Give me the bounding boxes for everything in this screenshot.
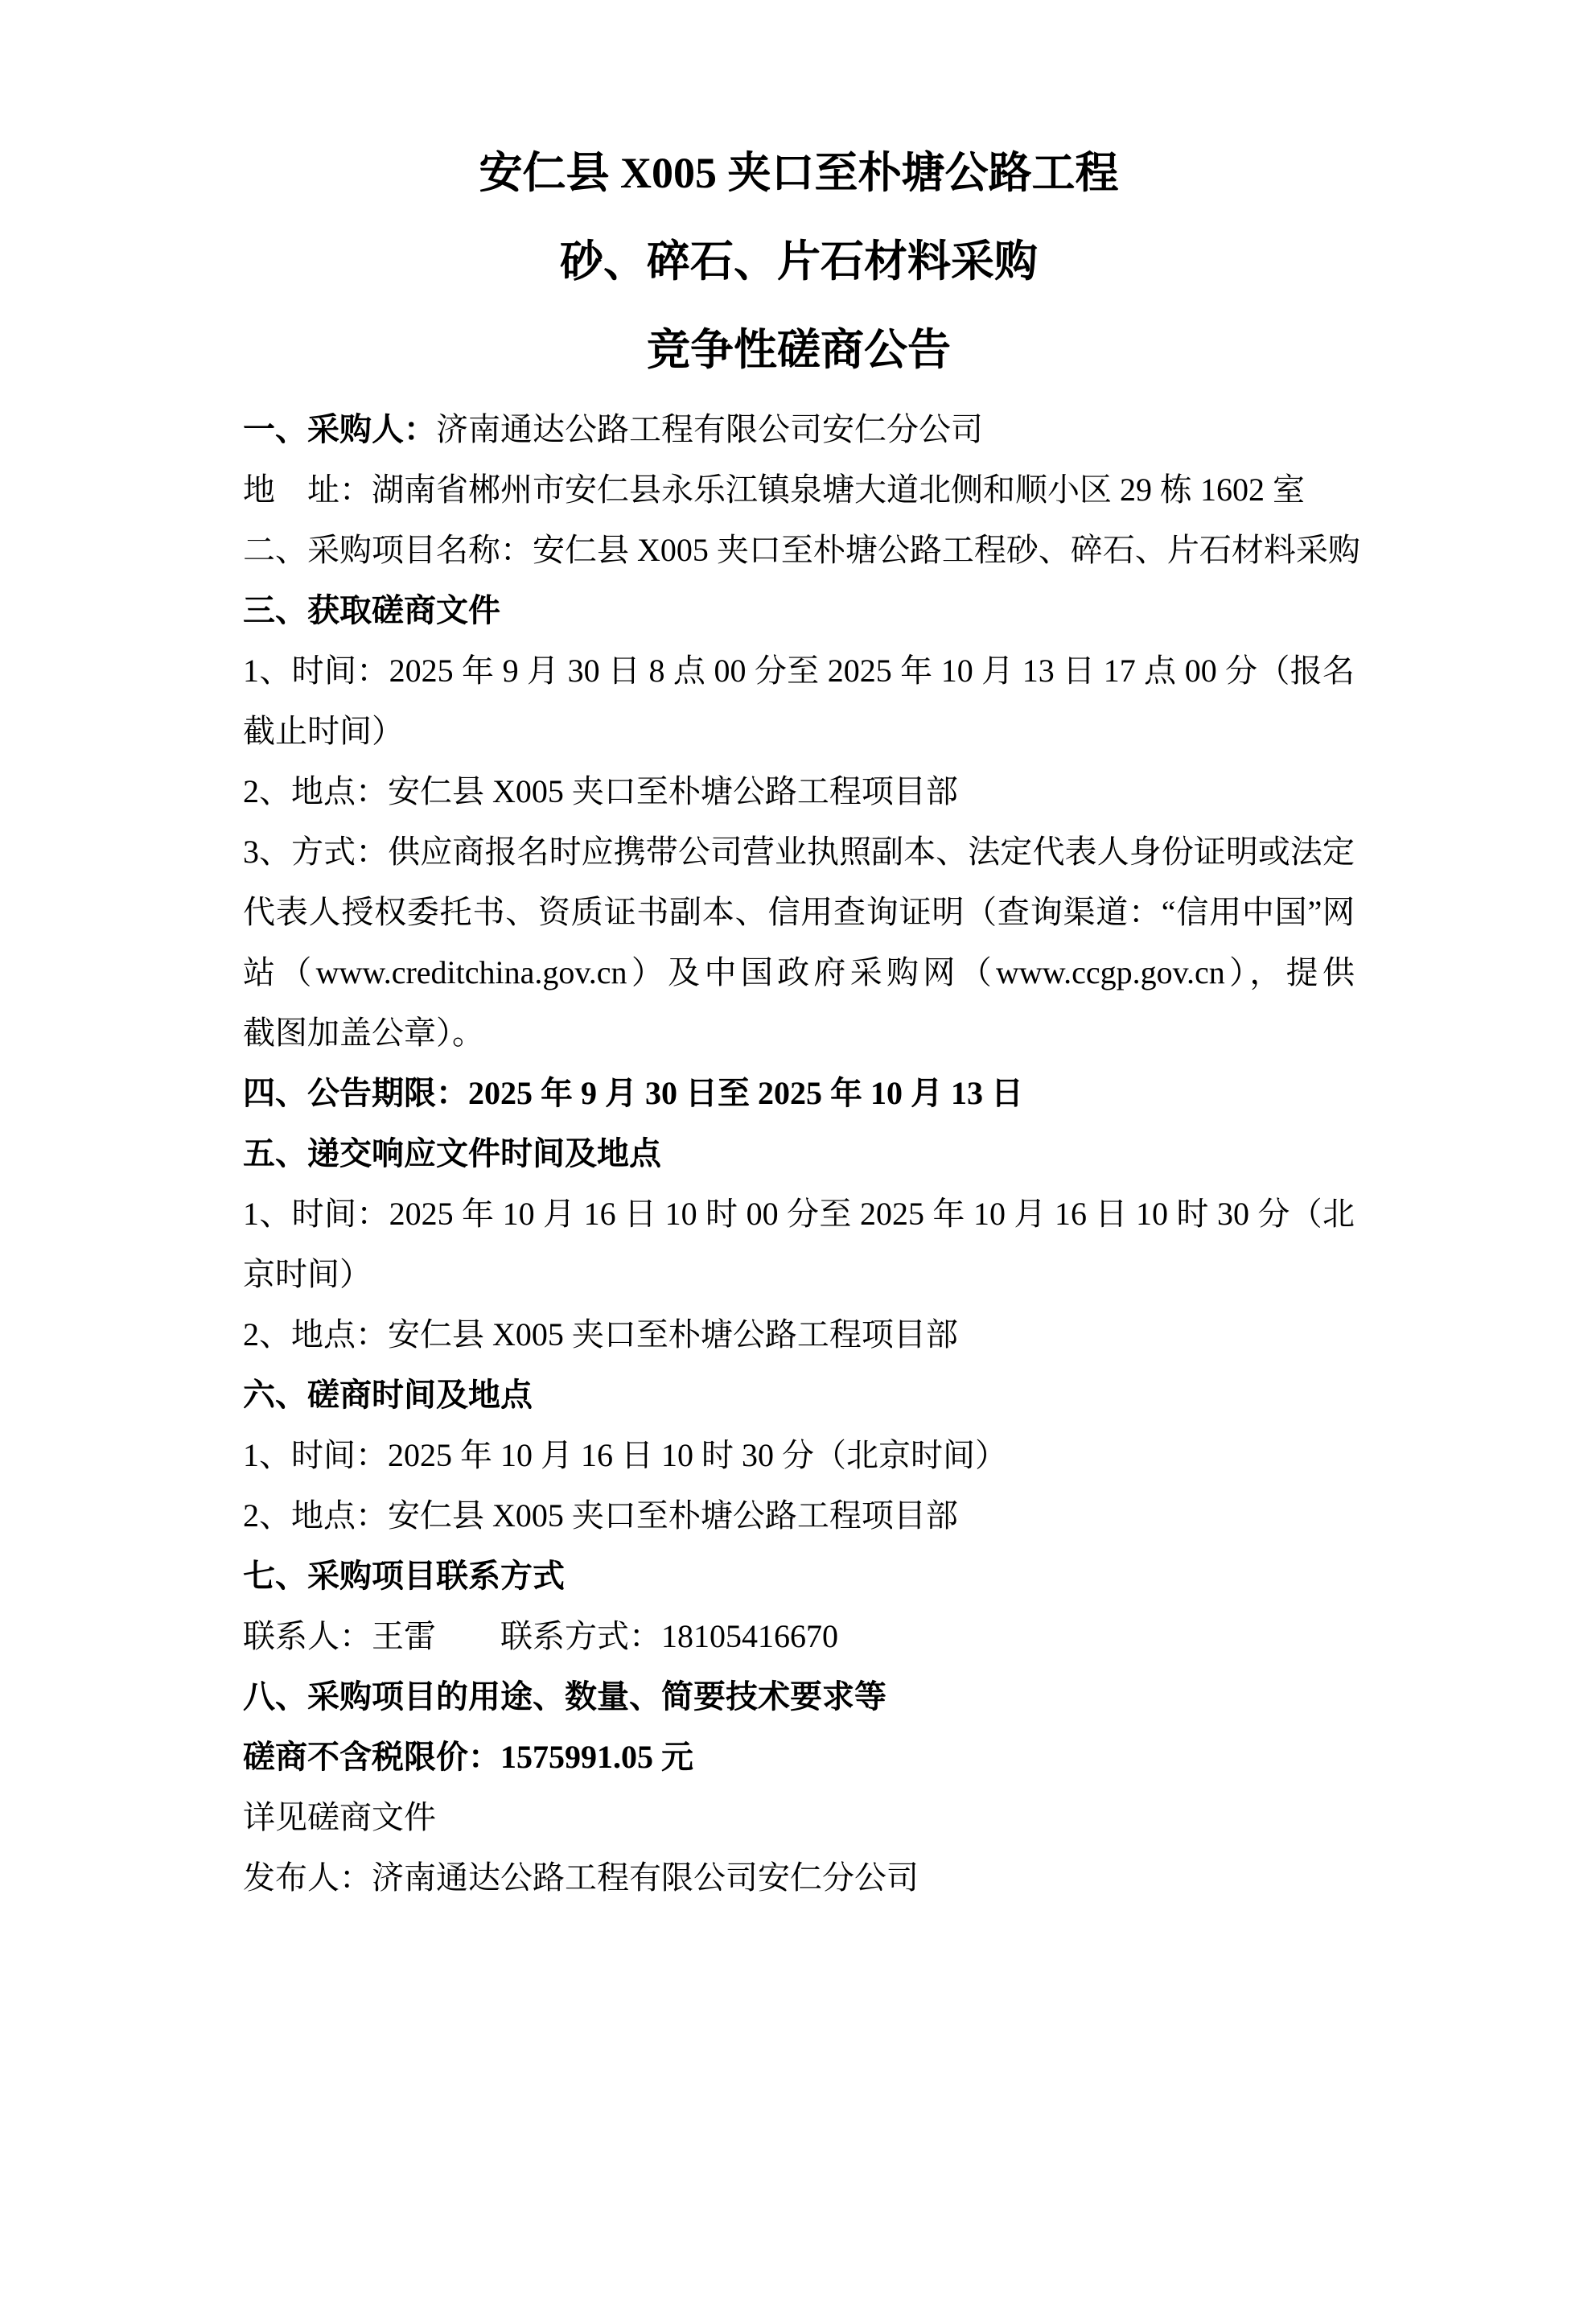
document-title: 安仁县 X005 夹口至朴塘公路工程 砂、碎石、片石材料采购 竞争性磋商公告 xyxy=(243,129,1355,394)
detail-note-line: 详见磋商文件 xyxy=(243,1787,1355,1847)
project-name-line: 二、采购项目名称：安仁县 X005 夹口至朴塘公路工程砂、碎石、片石材料采购 xyxy=(243,520,1355,580)
section3-method-line2: 代表人授权委托书、资质证书副本、信用查询证明（查询渠道：“信用中国”网 xyxy=(243,882,1355,942)
price-limit-line: 磋商不含税限价：1575991.05 元 xyxy=(243,1727,1355,1787)
section6-place-line: 2、地点：安仁县 X005 夹口至朴塘公路工程项目部 xyxy=(243,1485,1355,1546)
address-label: 地 址： xyxy=(243,471,372,508)
publisher-line: 发布人：济南通达公路工程有限公司安仁分公司 xyxy=(243,1847,1355,1908)
section5-time-line1: 1、时间：2025 年 10 月 16 日 10 时 00 分至 2025 年 … xyxy=(243,1184,1355,1244)
contact-label: 联系人： xyxy=(243,1618,372,1654)
title-line-2: 砂、碎石、片石材料采购 xyxy=(243,217,1355,306)
section4-heading: 四、公告期限：2025 年 9 月 30 日至 2025 年 10 月 13 日 xyxy=(243,1063,1355,1123)
section3-place-line: 2、地点：安仁县 X005 夹口至朴塘公路工程项目部 xyxy=(243,761,1355,822)
purchaser-line: 一、采购人：济南通达公路工程有限公司安仁分公司 xyxy=(243,399,1355,459)
section3-method-line4: 截图加盖公章）。 xyxy=(243,1003,1355,1063)
section3-method-line3: 站（www.creditchina.gov.cn）及中国政府采购网（www.cc… xyxy=(243,942,1355,1003)
address-line: 地 址：湖南省郴州市安仁县永乐江镇泉塘大道北侧和顺小区 29 栋 1602 室 xyxy=(243,459,1355,520)
section5-heading: 五、递交响应文件时间及地点 xyxy=(243,1123,1355,1184)
document-page: 安仁县 X005 夹口至朴塘公路工程 砂、碎石、片石材料采购 竞争性磋商公告 一… xyxy=(0,0,1596,2306)
section8-heading: 八、采购项目的用途、数量、简要技术要求等 xyxy=(243,1666,1355,1727)
contact-method-label: 联系方式： xyxy=(500,1618,661,1654)
contact-name: 王雷 xyxy=(372,1618,436,1654)
section7-heading: 七、采购项目联系方式 xyxy=(243,1546,1355,1606)
contact-phone: 18105416670 xyxy=(661,1618,838,1654)
purchaser-label: 一、采购人： xyxy=(243,411,436,447)
section6-time-line: 1、时间：2025 年 10 月 16 日 10 时 30 分（北京时间） xyxy=(243,1425,1355,1485)
section6-heading: 六、磋商时间及地点 xyxy=(243,1365,1355,1425)
section5-time-line2: 京时间） xyxy=(243,1244,1355,1304)
address-value: 湖南省郴州市安仁县永乐江镇泉塘大道北侧和顺小区 29 栋 1602 室 xyxy=(372,471,1305,508)
section3-time-line2: 截止时间） xyxy=(243,701,1355,761)
section3-method-line1: 3、方式：供应商报名时应携带公司营业执照副本、法定代表人身份证明或法定 xyxy=(243,822,1355,882)
contact-line: 联系人：王雷联系方式：18105416670 xyxy=(243,1606,1355,1666)
section3-time-line1: 1、时间：2025 年 9 月 30 日 8 点 00 分至 2025 年 10… xyxy=(243,640,1355,701)
purchaser-value: 济南通达公路工程有限公司安仁分公司 xyxy=(436,411,983,447)
section5-place-line: 2、地点：安仁县 X005 夹口至朴塘公路工程项目部 xyxy=(243,1304,1355,1365)
section3-heading: 三、获取磋商文件 xyxy=(243,580,1355,640)
title-line-3: 竞争性磋商公告 xyxy=(243,306,1355,394)
title-line-1: 安仁县 X005 夹口至朴塘公路工程 xyxy=(243,129,1355,217)
